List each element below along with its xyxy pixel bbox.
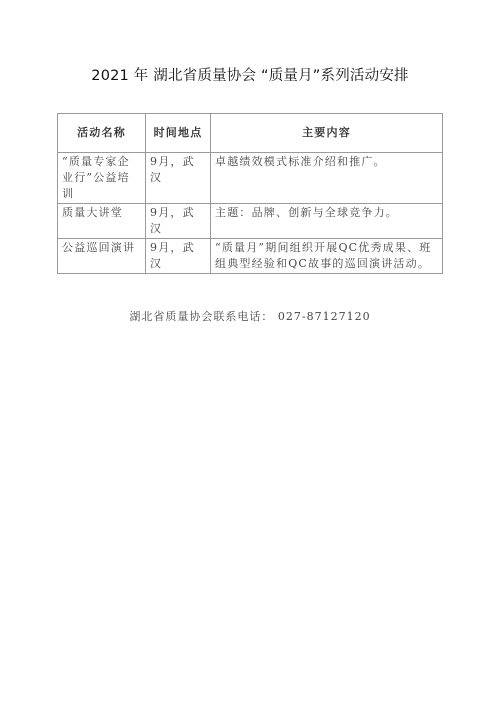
cell-activity-name: 公益巡回演讲 (58, 239, 146, 274)
table-row: “质量专家企业行”公益培训 9月，武汉 卓越绩效模式标准介绍和推广。 (58, 153, 443, 204)
table-row: 公益巡回演讲 9月，武汉 “质量月”期间组织开展QC优秀成果、班组典型经验和QC… (58, 239, 443, 274)
cell-content: 主题：品牌、创新与全球竞争力。 (211, 204, 443, 239)
header-main-content: 主要内容 (211, 114, 443, 153)
cell-activity-name: 质量大讲堂 (58, 204, 146, 239)
table-row: 质量大讲堂 9月，武汉 主题：品牌、创新与全球竞争力。 (58, 204, 443, 239)
cell-time-place: 9月，武汉 (146, 239, 211, 274)
activity-schedule-table: 活动名称 时间地点 主要内容 “质量专家企业行”公益培训 9月，武汉 卓越绩效模… (57, 113, 443, 274)
table-header-row: 活动名称 时间地点 主要内容 (58, 114, 443, 153)
cell-activity-name: “质量专家企业行”公益培训 (58, 153, 146, 204)
cell-content: 卓越绩效模式标准介绍和推广。 (211, 153, 443, 204)
cell-content: “质量月”期间组织开展QC优秀成果、班组典型经验和QC故事的巡回演讲活动。 (211, 239, 443, 274)
header-activity-name: 活动名称 (58, 114, 146, 153)
cell-time-place: 9月，武汉 (146, 204, 211, 239)
document-title: 2021 年 湖北省质量协会 “质量月”系列活动安排 (0, 64, 500, 85)
contact-phone: 湖北省质量协会联系电话： 027-87127120 (0, 308, 500, 324)
cell-time-place: 9月，武汉 (146, 153, 211, 204)
header-time-place: 时间地点 (146, 114, 211, 153)
